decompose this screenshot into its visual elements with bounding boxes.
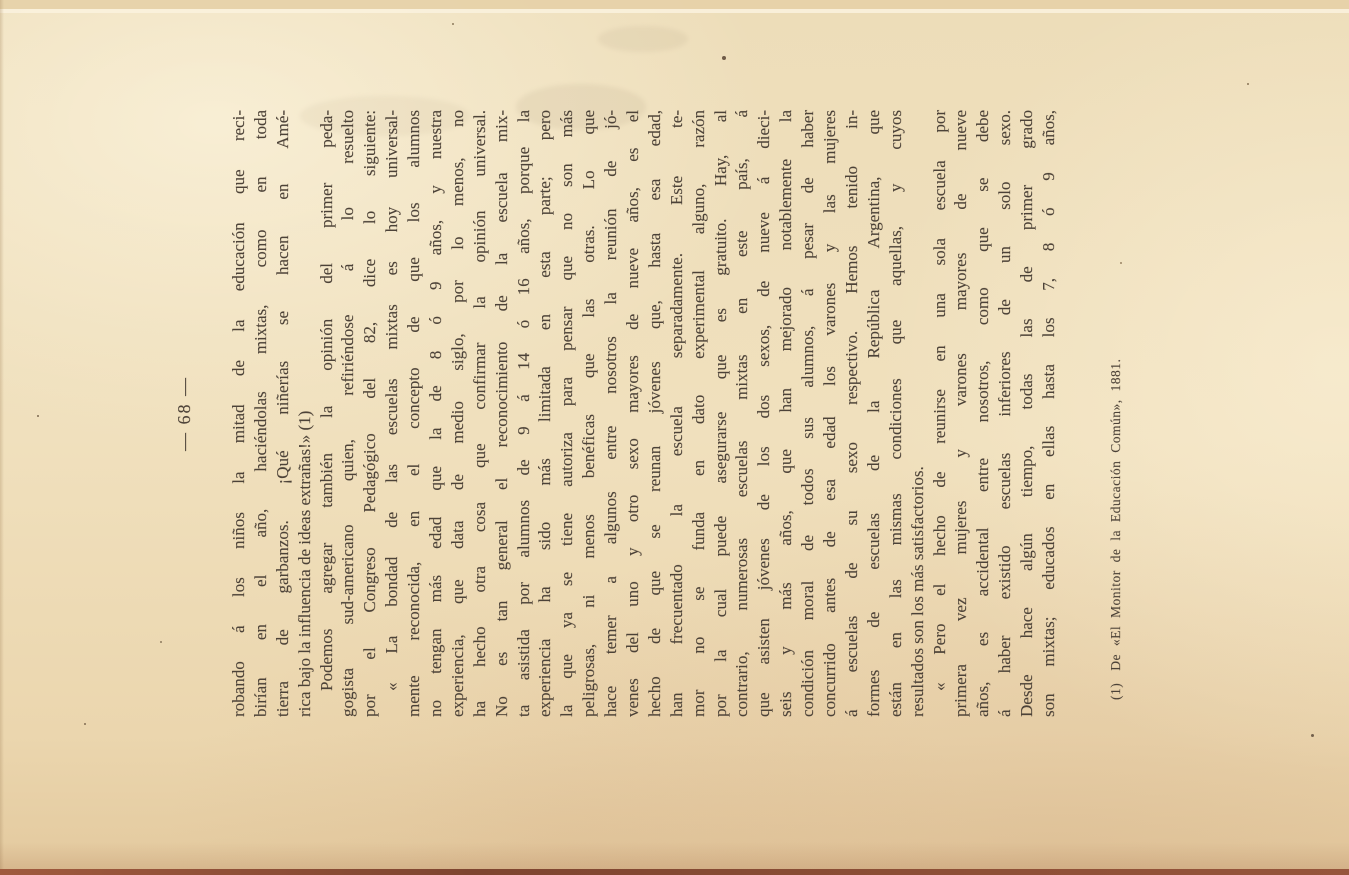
text-line: formes de escuelas de la República Argen… bbox=[863, 110, 885, 717]
text-line: contrario, numerosas escuelas mixtas en … bbox=[731, 110, 753, 717]
text-line: á haber existido escuelas inferiores de … bbox=[994, 110, 1016, 717]
text-line: ha hecho otra cosa que confirmar la opin… bbox=[469, 110, 491, 717]
footnote-marker: (1) bbox=[1108, 683, 1123, 700]
paper-speck bbox=[84, 723, 86, 725]
text-line: concurrido antes de esa edad los varones… bbox=[819, 110, 841, 717]
text-line: años, es accidental entre nosotros, como… bbox=[972, 110, 994, 717]
paper-speck bbox=[37, 415, 39, 417]
text-line: birían en el año, haciéndolas mixtas, co… bbox=[250, 110, 272, 717]
text-line: mor no se funda en dato experimental alg… bbox=[688, 110, 710, 717]
paper-speck bbox=[452, 23, 454, 25]
text-line: experiencia, que data de medio siglo, po… bbox=[447, 110, 469, 717]
footnote: (1)De «El Monitor de la Educación Común»… bbox=[1108, 100, 1124, 700]
text-line: á escuelas de su sexo respectivo. Hemos … bbox=[841, 110, 863, 717]
text-line: son mixtas; educados en ellas hasta los … bbox=[1038, 110, 1060, 717]
text-line: hecho de que se reunan jóvenes que, hast… bbox=[644, 110, 666, 717]
text-line: por el Congreso Pedagógico del 82, dice … bbox=[359, 110, 381, 717]
text-line: hace temer a algunos entre nosotros la r… bbox=[600, 110, 622, 717]
text-line: « Pero el hecho de reunirse en una sola … bbox=[929, 110, 951, 717]
text-line: robando á los niños la mitad de la educa… bbox=[228, 110, 250, 717]
text-line: gogista sud-americano quien, refiriéndos… bbox=[337, 110, 359, 717]
text-line: Podemos agregar también la opinión del p… bbox=[316, 110, 338, 717]
text-line: « La bondad de las escuelas mixtas es ho… bbox=[381, 110, 403, 717]
scan-left-edge-shadow bbox=[0, 0, 4, 875]
text-line: venes del uno y otro sexo mayores de nue… bbox=[622, 110, 644, 717]
paper-speck bbox=[1311, 734, 1314, 737]
footnote-text: De «El Monitor de la Educación Común», 1… bbox=[1108, 359, 1123, 671]
text-line: experiencia ha sido más limitada en esta… bbox=[534, 110, 556, 717]
text-line: por la cual puede asegurarse que es grat… bbox=[710, 110, 732, 717]
paper-smudge bbox=[598, 26, 688, 52]
paper-speck bbox=[1247, 83, 1249, 85]
text-line: resultados son los más satisfactorios. bbox=[907, 110, 929, 717]
paper-speck bbox=[722, 56, 726, 60]
text-line: Desde hace algún tiempo, todas las de pr… bbox=[1016, 110, 1038, 717]
text-line: primera vez mujeres y varones mayores de… bbox=[950, 110, 972, 717]
text-line: mente reconocida, en el concepto de que … bbox=[403, 110, 425, 717]
scan-bottom-shadow bbox=[0, 842, 1349, 871]
text-line: condición moral de todos sus alumnos, á … bbox=[797, 110, 819, 717]
text-line: tierra de garbanzos. ¡Qué niñerías se ha… bbox=[272, 110, 294, 717]
text-line: peligrosas, ni menos benéficas que las o… bbox=[578, 110, 600, 717]
scanned-book-page: — 68 — robando á los niños la mitad de l… bbox=[0, 0, 1349, 875]
text-line: que asisten jóvenes de los dos sexos, de… bbox=[753, 110, 775, 717]
text-line: han frecuentado la escuela separadamente… bbox=[666, 110, 688, 717]
page-number-header: — 68 — bbox=[174, 110, 195, 717]
rotated-page-content: — 68 — robando á los niños la mitad de l… bbox=[160, 80, 1150, 760]
text-line: seis y más años, que han mejorado notabl… bbox=[775, 110, 797, 717]
scan-top-light-line bbox=[0, 9, 1349, 13]
text-line: la que ya se tiene autoriza para pensar … bbox=[556, 110, 578, 717]
body-text-block: robando á los niños la mitad de la educa… bbox=[228, 110, 1060, 717]
scan-top-band bbox=[0, 0, 1349, 9]
text-line: No es tan general el reconocimiento de l… bbox=[491, 110, 513, 717]
text-line: ta asistida por alumnos de 9 á 14 ó 16 a… bbox=[513, 110, 535, 717]
text-line: no tengan más edad que la de 8 ó 9 años,… bbox=[425, 110, 447, 717]
text-line: rica bajo la influencia de ideas extraña… bbox=[294, 110, 316, 717]
text-line: están en las mismas condiciones que aque… bbox=[885, 110, 907, 717]
scan-bottom-edge bbox=[0, 869, 1349, 875]
